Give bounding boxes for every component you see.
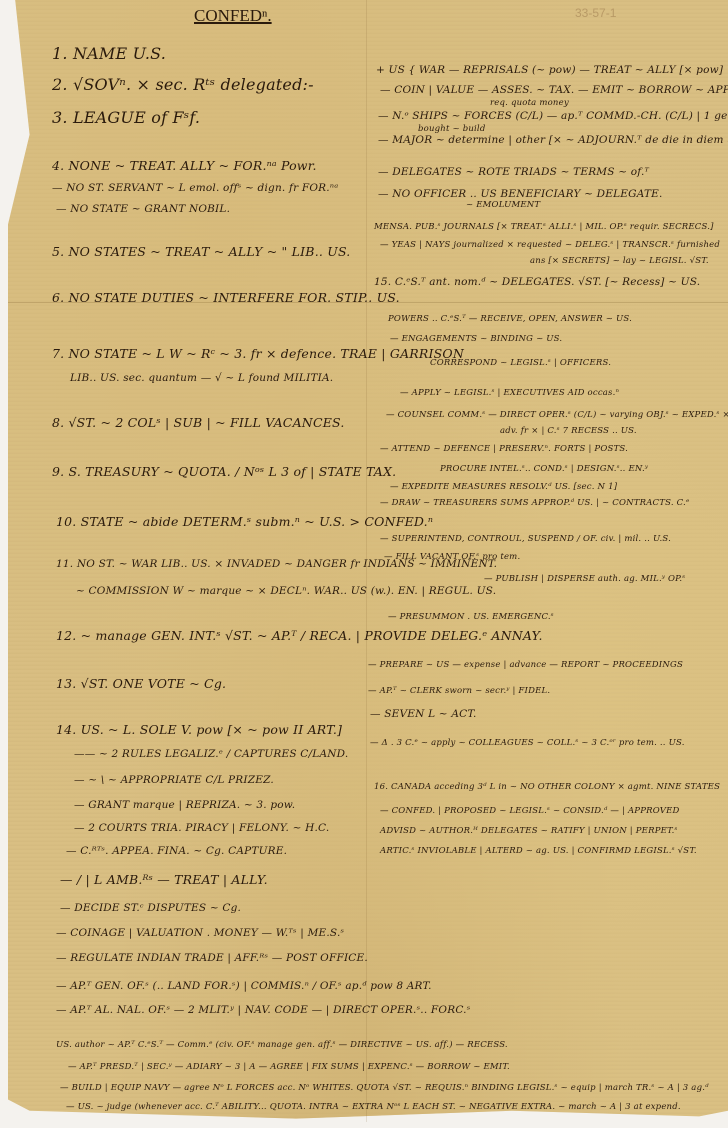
manuscript-line: req. quota money xyxy=(490,98,569,108)
manuscript-line: ADVISD ~ AUTHOR.ᴻ DELEGATES ~ RATIFY | U… xyxy=(380,826,678,836)
manuscript-line: — APPLY ~ LEGISL.ˢ | EXECUTIVES AID occa… xyxy=(400,388,619,398)
manuscript-line: — EXPEDITE MEASURES RESOLV.ᵈ US. [sec. N… xyxy=(390,482,617,492)
manuscript-line: 5. NO STATES ~ TREAT ~ ALLY ~ " LIB.. US… xyxy=(52,244,350,259)
manuscript-line: — AP.ᵀ GEN. OF.ˢ (.. LAND FOR.ˢ) | COMMI… xyxy=(56,980,432,992)
manuscript-line: — 2 COURTS TRIA. PIRACY | FELONY. ~ H.C. xyxy=(74,822,329,834)
manuscript-line: PROCURE INTEL.ˢ.. COND.ˢ | DESIGN.ˢ.. EN… xyxy=(440,464,648,474)
manuscript-line: 2. √SOVⁿ. × sec. Rᵗˢ delegated:- xyxy=(52,75,314,94)
manuscript-line: — DRAW ~ TREASURERS SUMS APPROP.ᵈ US. | … xyxy=(380,498,689,508)
manuscript-line: MENSA. PUB.ˢ JOURNALS [× TREAT.ˢ ALLI.ˢ … xyxy=(374,222,714,232)
manuscript-line: 15. C.ᵉS.ᵀ ant. nom.ᵈ ~ DELEGATES. √ST. … xyxy=(374,276,700,288)
manuscript-line: 10. STATE ~ abide DETERM.ˢ subm.ⁿ ~ U.S.… xyxy=(56,514,433,529)
manuscript-line: — COINAGE | VALUATION . MONEY — W.ᵀˢ | M… xyxy=(56,927,344,939)
manuscript-line: — N.ᵒ SHIPS ~ FORCES (C/L) — ap.ᵀ COMMD.… xyxy=(378,110,728,122)
manuscript-line: — PRESUMMON . US. EMERGENC.ˢ xyxy=(388,612,554,622)
manuscript-line: — DELEGATES ~ ROTE TRIADS ~ TERMS ~ of.ᵀ xyxy=(378,166,649,178)
manuscript-line: 9. S. TREASURY ~ QUOTA. / Nᵒˢ L 3 of | S… xyxy=(52,464,396,479)
manuscript-line: adv. fr × | C.ˢ 7 RECESS .. US. xyxy=(500,426,637,436)
manuscript-line: — REGULATE INDIAN TRADE | AFF.ᴿˢ — POST … xyxy=(56,952,368,964)
manuscript-line: — AP.ᵀ PRESD.ᵀ | SEC.ʸ — ADIARY ~ 3 | A … xyxy=(68,1062,510,1072)
manuscript-line: — CONFED. | PROPOSED ~ LEGISL.ˢ ~ CONSID… xyxy=(380,806,680,816)
manuscript-line: — SEVEN L ~ ACT. xyxy=(370,708,477,720)
manuscript-line: ans [× SECRETS] ~ lay ~ LEGISL. √ST. xyxy=(530,256,709,266)
manuscript-line: — NO OFFICER .. US BENEFICIARY ~ DELEGAT… xyxy=(378,188,663,200)
manuscript-line: ARTIC.ˢ INVIOLABLE | ALTERD ~ ag. US. | … xyxy=(380,846,697,856)
manuscript-line: — ENGAGEMENTS ~ BINDING ~ US. xyxy=(390,334,562,344)
manuscript-line: — DECIDE ST.ᶜ DISPUTES ~ Cg. xyxy=(60,902,241,914)
manuscript-line: —— ~ 2 RULES LEGALIZ.ᵉ / CAPTURES C/LAND… xyxy=(74,748,348,760)
manuscript-line: — YEAS | NAYS journalized × requested ~ … xyxy=(380,240,720,250)
manuscript-line: — COIN | VALUE — ASSES. ~ TAX. — EMIT ~ … xyxy=(380,84,728,96)
manuscript-line: — ATTEND ~ DEFENCE | PRESERV.ⁿ. FORTS | … xyxy=(380,444,628,454)
manuscript-line: 8. √ST. ~ 2 COLˢ | SUB | ~ FILL VACANCES… xyxy=(52,415,345,430)
archive-number: 33-57-1 xyxy=(575,6,616,20)
manuscript-line: — PUBLISH | DISPERSE auth. ag. MIL.ʸ OP.… xyxy=(484,574,685,584)
manuscript-line: — SUPERINTEND, CONTROUL, SUSPEND / OF. c… xyxy=(380,534,671,544)
manuscript-line: POWERS .. C.ᵉS.ᵀ — RECEIVE, OPEN, ANSWER… xyxy=(388,314,632,324)
manuscript-line: — AP.ᵀ AL. NAL. OF.ˢ — 2 MLIT.ʸ | NAV. C… xyxy=(56,1004,470,1016)
manuscript-line: 7. NO STATE ~ L W ~ Rᶜ ~ 3. fr × defence… xyxy=(52,346,464,361)
manuscript-line: bought ~ build xyxy=(418,124,485,134)
manuscript-line: 14. US. ~ L. SOLE V. pow [× ~ pow II ART… xyxy=(56,722,342,737)
manuscript-line: — MAJOR ~ determine | other [× ~ ADJOURN… xyxy=(378,134,728,146)
manuscript-line: — ~ \ ~ APPROPRIATE C/L PRIZEZ. xyxy=(74,774,274,786)
manuscript-line: 1. NAME U.S. xyxy=(52,44,166,63)
manuscript-line: — COUNSEL COMM.ˢ — DIRECT OPER.ˢ (C/L) ~… xyxy=(386,410,728,420)
manuscript-line: 4. NONE ~ TREAT. ALLY ~ FOR.ⁿᵃ Powr. xyxy=(52,158,317,173)
manuscript-line: — BUILD | EQUIP NAVY — agree Nᵒ L FORCES… xyxy=(60,1083,709,1093)
manuscript-line: CORRESPOND ~ LEGISL.ˢ | OFFICERS. xyxy=(430,358,611,368)
manuscript-line: — AP.ᵀ ~ CLERK sworn ~ secr.ʸ | FIDEL. xyxy=(368,686,550,696)
manuscript-line: — NO STATE ~ GRANT NOBIL. xyxy=(56,203,230,215)
manuscript-line: + US { WAR — REPRISALS (~ pow) — TREAT ~… xyxy=(376,64,723,76)
manuscript-line: — NO ST. SERVANT ~ L emol. offˢ ~ dign. … xyxy=(52,182,338,194)
manuscript-line: ~ COMMISSION W ~ marque ~ × DECLⁿ. WAR..… xyxy=(76,585,496,597)
manuscript-line: 6. NO STATE DUTIES ~ INTERFERE FOR. STIP… xyxy=(52,290,400,305)
manuscript-line: — US. ~ judge (whenever acc. C.ᵀ ABILITY… xyxy=(66,1102,681,1112)
manuscript-line: 3. LEAGUE of Fˢf. xyxy=(52,108,200,127)
manuscript-line: LIB.. US. sec. quantum — √ ~ L found MIL… xyxy=(70,372,333,384)
manuscript-line: — PREPARE ~ US — expense | advance — REP… xyxy=(368,660,683,670)
manuscript-line: 13. √ST. ONE VOTE ~ Cg. xyxy=(56,676,226,691)
manuscript-line: 16. CANADA acceding 3ᵈ L in ~ NO OTHER C… xyxy=(374,782,720,792)
manuscript-line: ~ EMOLUMENT xyxy=(466,200,540,210)
manuscript-line: — GRANT marque | REPRIZA. ~ 3. pow. xyxy=(74,799,295,811)
manuscript-line: US. author ~ AP.ᵀ C.ᵉS.ᵀ — Comm.ᵉ (civ. … xyxy=(56,1040,508,1050)
manuscript-line: — Δ . 3 C.ᵉ ~ apply ~ COLLEAGUES ~ COLL.… xyxy=(370,738,685,748)
manuscript-line: — / | L AMB.ᴿˢ — TREAT | ALLY. xyxy=(60,872,268,887)
document-title: CONFEDⁿ. xyxy=(194,6,272,26)
manuscript-line: — FILL VACANT OF.ˢ pro tem. xyxy=(384,552,520,562)
manuscript-line: 12. ~ manage GEN. INT.ˢ √ST. ~ AP.ᵀ / RE… xyxy=(56,628,543,643)
manuscript-line: — C.ᴿᵀˢ. APPEA. FINA. ~ Cg. CAPTURE. xyxy=(66,845,287,857)
